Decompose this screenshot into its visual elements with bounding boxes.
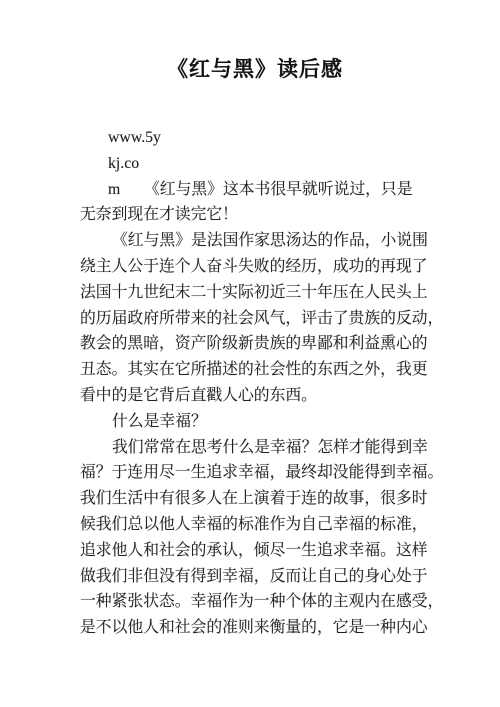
text-line: 法国十九世纪末二十实际初近三十年压在人民头上 — [80, 280, 452, 306]
text-line: 做我们非但没有得到幸福，反而让自己的身心处于 — [80, 564, 452, 590]
text-line: 追求他人和社会的承认，倾尽一生追求幸福。这样 — [80, 538, 452, 564]
text-line: 的历届政府所带来的社会风气，评击了贵族的反动， — [80, 306, 452, 332]
text-line: 是不以他人和社会的准则来衡量的，它是一种内心 — [80, 615, 452, 641]
text-line: 一种紧张状态。幸福作为一种个体的主观内在感受， — [80, 589, 452, 615]
text-line: 教会的黑暗，资产阶级新贵族的卑鄙和利益熏心的 — [80, 331, 452, 357]
text-line: www.5y — [80, 125, 452, 151]
text-line: kj.co — [80, 151, 452, 177]
text-line: 无奈到现在才读完它！ — [80, 202, 452, 228]
text-line: 福？于连用尽一生追求幸福，最终却没能得到幸福。 — [80, 460, 452, 486]
text-line: 候我们总以他人幸福的标准作为自己幸福的标准， — [80, 512, 452, 538]
text-line: m 《红与黑》这本书很早就听说过，只是 — [80, 177, 452, 203]
text-line: 《红与黑》是法国作家思汤达的作品，小说围 — [80, 228, 452, 254]
text-line: 什么是幸福？ — [80, 409, 452, 435]
text-line: 丑态。其实在它所描述的社会性的东西之外，我更 — [80, 357, 452, 383]
text-line: 绕主人公于连个人奋斗失败的经历，成功的再现了 — [80, 254, 452, 280]
page-title: 《红与黑》读后感 — [10, 56, 500, 83]
text-line: 我们常常在思考什么是幸福？怎样才能得到幸 — [80, 435, 452, 461]
text-line: 我们生活中有很多人在上演着于连的故事，很多时 — [80, 486, 452, 512]
document-body: www.5ykj.com 《红与黑》这本书很早就听说过，只是无奈到现在才读完它！… — [80, 125, 452, 641]
document-page: 《红与黑》读后感 www.5ykj.com 《红与黑》这本书很早就听说过，只是无… — [0, 0, 500, 707]
text-line: 看中的是它背后直戳人心的东西。 — [80, 383, 452, 409]
